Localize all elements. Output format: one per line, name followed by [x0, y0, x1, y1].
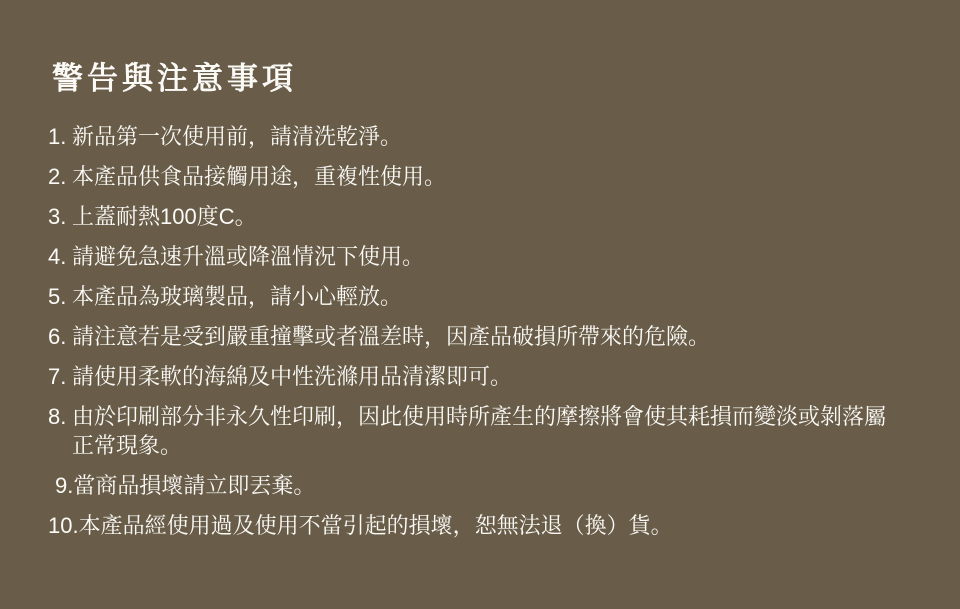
item-number: 4.	[48, 242, 72, 271]
warning-list: 1. 新品第一次使用前，請清洗乾淨。 2. 本產品供食品接觸用途，重複性使用。 …	[48, 122, 942, 540]
item-number: 5.	[48, 282, 72, 311]
warning-notice-page: 警告與注意事項 1. 新品第一次使用前，請清洗乾淨。 2. 本產品供食品接觸用途…	[0, 0, 960, 609]
item-number: 2.	[48, 162, 72, 191]
warning-item-8: 8. 由於印刷部分非永久性印刷，因此使用時所產生的摩擦將會使其耗損而變淡或剝落屬…	[48, 402, 942, 460]
item-text: 請使用柔軟的海綿及中性洗滌用品清潔即可。	[72, 362, 512, 391]
item-number: 8.	[48, 402, 72, 431]
warning-item-7: 7. 請使用柔軟的海綿及中性洗滌用品清潔即可。	[48, 362, 942, 391]
item-text: 本產品為玻璃製品，請小心輕放。	[72, 282, 402, 311]
warning-item-4: 4. 請避免急速升溫或降溫情況下使用。	[48, 242, 942, 271]
item-number: 9.	[55, 471, 73, 500]
warning-item-1: 1. 新品第一次使用前，請清洗乾淨。	[48, 122, 942, 151]
warning-item-6: 6. 請注意若是受到嚴重撞擊或者溫差時，因產品破損所帶來的危險。	[48, 322, 942, 351]
item-number: 3.	[48, 202, 72, 231]
item-text: 請注意若是受到嚴重撞擊或者溫差時，因產品破損所帶來的危險。	[72, 322, 710, 351]
item-number: 1.	[48, 122, 72, 151]
item-text: 本產品供食品接觸用途，重複性使用。	[72, 162, 446, 191]
warning-item-5: 5. 本產品為玻璃製品，請小心輕放。	[48, 282, 942, 311]
warning-item-10: 10. 本產品經使用過及使用不當引起的損壞，恕無法退（換）貨。	[48, 511, 942, 540]
page-title: 警告與注意事項	[52, 58, 960, 100]
item-text: 本產品經使用過及使用不當引起的損壞，恕無法退（換）貨。	[79, 511, 673, 540]
warning-item-2: 2. 本產品供食品接觸用途，重複性使用。	[48, 162, 942, 191]
warning-item-9: 9. 當商品損壞請立即丟棄。	[55, 471, 942, 500]
item-number: 10.	[48, 511, 79, 540]
item-text: 請避免急速升溫或降溫情況下使用。	[72, 242, 424, 271]
item-number: 6.	[48, 322, 72, 351]
item-text: 當商品損壞請立即丟棄。	[73, 471, 315, 500]
warning-item-3: 3. 上蓋耐熱100度C。	[48, 202, 942, 231]
item-number: 7.	[48, 362, 72, 391]
item-text: 新品第一次使用前，請清洗乾淨。	[72, 122, 402, 151]
item-text: 由於印刷部分非永久性印刷，因此使用時所產生的摩擦將會使其耗損而變淡或剝落屬 正常…	[72, 402, 886, 460]
item-text: 上蓋耐熱100度C。	[72, 202, 257, 231]
